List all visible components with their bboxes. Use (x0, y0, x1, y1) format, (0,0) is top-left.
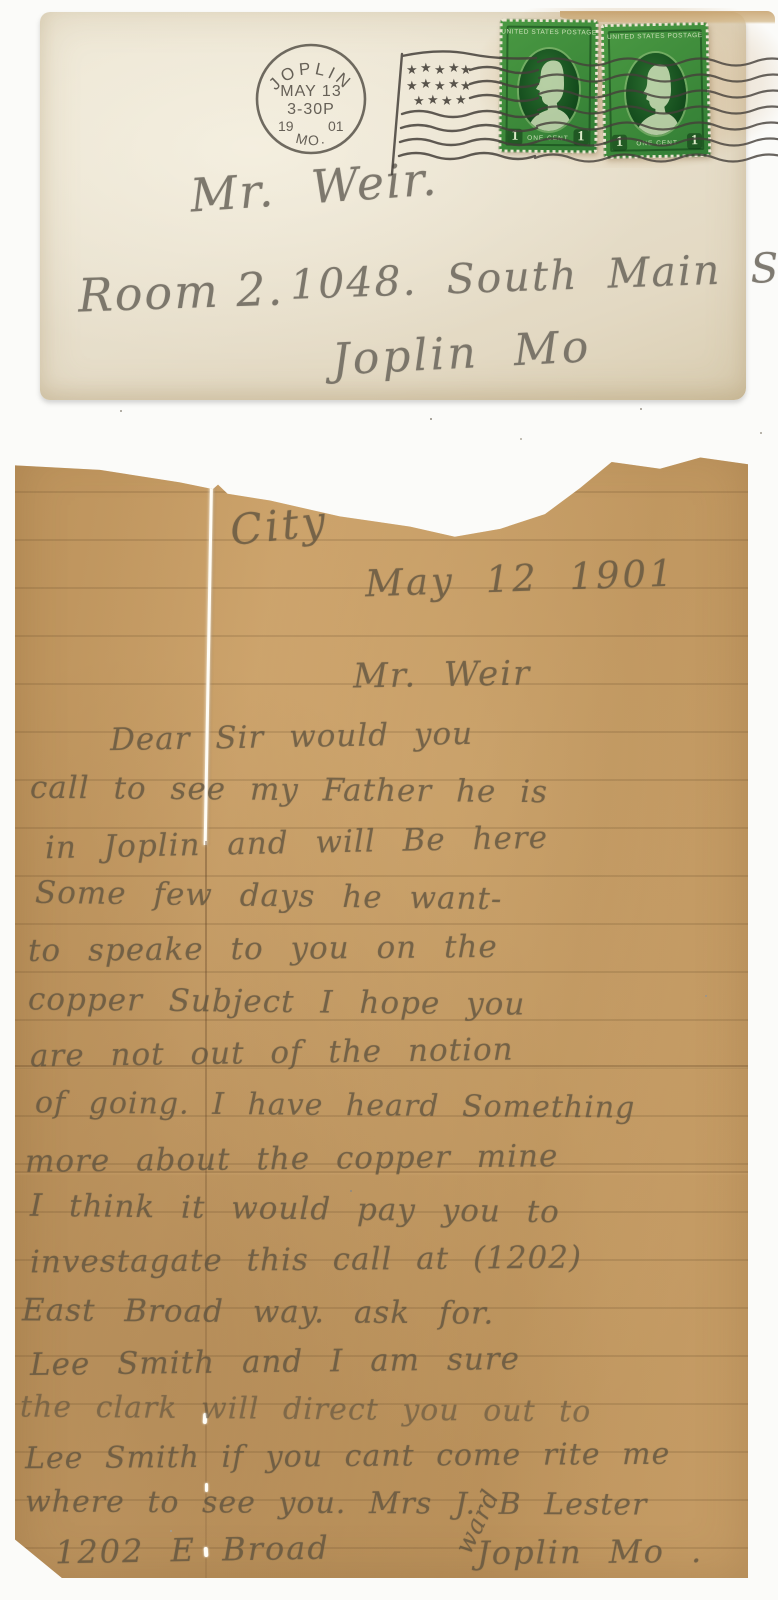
letter-salutation: Mr. Weir (353, 653, 532, 696)
svg-text:★: ★ (406, 78, 418, 93)
letter-line: call to see my Father he is (30, 770, 548, 811)
paper-tear (205, 1483, 208, 1492)
svg-text:★: ★ (427, 92, 439, 107)
svg-text:★: ★ (460, 78, 472, 93)
postmark-time: 3-30P (287, 101, 335, 118)
paper-tear (204, 463, 214, 845)
envelope-front: UNITED STATES POSTAGE 1 1 ONE CENT UNITE… (40, 12, 746, 400)
postmark-year-left: 19 (278, 118, 294, 134)
postmark-date: MAY 13 (280, 83, 341, 100)
letter-place: City (228, 496, 331, 555)
letter-line: to speake to you on the (28, 929, 498, 969)
svg-text:★: ★ (455, 92, 467, 107)
address-room: Room 2. (77, 261, 285, 322)
letter-line: Dear Sir would you (110, 716, 474, 758)
letter-line: are not out of the notion (30, 1032, 514, 1075)
letter-signature-city: Joplin Mo . (477, 1532, 704, 1572)
postmark-state: MO. (294, 130, 327, 149)
fold-crease-horizontal (15, 1171, 748, 1173)
letter-signature-address: 1202 E Broad (55, 1529, 330, 1572)
flag-stars: ★★★★★ ★★★★★ ★★★★ (406, 60, 472, 108)
letter-line: the clark will direct you out to (20, 1390, 592, 1430)
svg-text:★: ★ (460, 62, 472, 77)
letter-line: East Broad way. ask for. (22, 1292, 495, 1331)
fold-crease-vertical (205, 841, 207, 1578)
scanned-document-page: { "envelope": { "postmark": { "city": "J… (0, 0, 778, 1600)
svg-text:★: ★ (441, 93, 453, 108)
svg-text:★: ★ (420, 76, 432, 91)
handwritten-letter-page: City May 12 1901 Mr. Weir Dear Sir would… (15, 445, 748, 1578)
svg-text:★: ★ (413, 93, 425, 108)
svg-text:★: ★ (406, 62, 418, 77)
letter-line: where to see you. Mrs J. B Lester (25, 1484, 648, 1522)
paper-tear (204, 1547, 209, 1557)
letter-line: Lee Smith and I am sure (30, 1341, 520, 1383)
fold-crease-horizontal (15, 1065, 748, 1067)
letter-inserted-word: ward (449, 1484, 505, 1558)
address-city: Joplin Mo (331, 321, 593, 386)
svg-text:★: ★ (448, 76, 460, 91)
svg-text:★: ★ (434, 62, 446, 77)
svg-text:★: ★ (434, 78, 446, 93)
postmark-year-right: 01 (328, 118, 344, 134)
stamp-country-text: UNITED STATES POSTAGE (501, 28, 598, 36)
letter-line: Lee Smith if you cant come rite me (25, 1437, 670, 1477)
letter-date: May 12 1901 (364, 552, 676, 606)
letter-line: investagate this call at (1202) (30, 1240, 582, 1281)
letter-line: in Joplin and will Be here (45, 820, 549, 867)
postmark-circle: JOPLIN MAY 13 3-30P 19 01 MO. (252, 40, 370, 158)
letter-line: Some few days he want- (35, 875, 503, 918)
svg-text:★: ★ (448, 60, 460, 75)
flag-cancellation-icon: ★★★★★ ★★★★★ ★★★★ (370, 44, 778, 182)
letter-line: more about the copper mine (25, 1138, 559, 1180)
letter-line: I think it would pay you to (30, 1188, 560, 1230)
scanner-dust-specks (120, 410, 122, 412)
letter-line: copper Subject I hope you (28, 981, 526, 1022)
paper-tear (203, 1413, 208, 1424)
letter-line: of going. I have heard Something (35, 1085, 636, 1125)
svg-text:★: ★ (420, 60, 432, 75)
svg-text:MO.: MO. (294, 130, 327, 149)
address-street: 1048. South Main St (289, 243, 778, 309)
